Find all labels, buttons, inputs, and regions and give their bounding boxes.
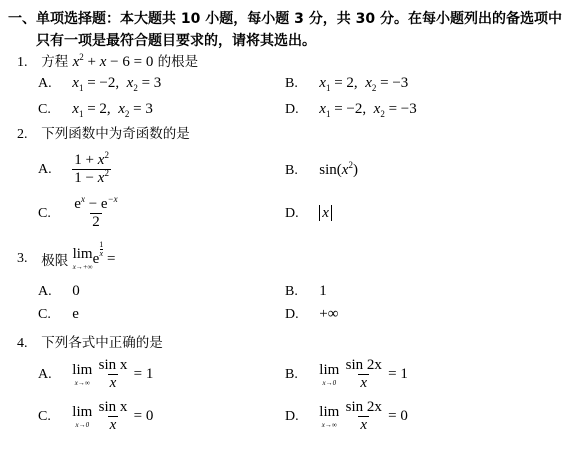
option-value: x1 = −2, x2 = 3 (72, 75, 161, 91)
option-value: x (319, 205, 332, 221)
option-value: x1 = −2, x2 = −3 (319, 101, 416, 117)
section-heading-line2: 只有一项是最符合题目要求的，请将其选出。 (36, 30, 316, 50)
fraction: 1 + x2 1 − x2 (72, 152, 111, 187)
question-number: 1. (17, 55, 37, 71)
option-label: B. (285, 284, 315, 300)
option-2c[interactable]: C. ex − e−x 2 (38, 196, 120, 231)
fraction: sin xx (97, 399, 130, 434)
question-number: 3. (17, 251, 37, 267)
option-label: C. (38, 307, 68, 323)
option-value: sin(x2) (319, 162, 358, 178)
limit-operator: limx→∞ (319, 405, 339, 429)
option-1c[interactable]: C. x1 = 2, x2 = 3 (38, 101, 153, 118)
limit-expression: e1x = (93, 251, 116, 267)
option-label: C. (38, 409, 68, 425)
option-1a[interactable]: A. x1 = −2, x2 = 3 (38, 75, 161, 92)
question-number: 2. (17, 127, 37, 143)
limit-operator: limx→∞ (72, 363, 92, 387)
option-2b[interactable]: B. sin(x2) (285, 162, 358, 179)
option-value: 0 (72, 283, 80, 299)
option-3b[interactable]: B. 1 (285, 283, 327, 300)
option-3a[interactable]: A. 0 (38, 283, 80, 300)
option-label: D. (285, 102, 315, 118)
question-stem: 下列函数中为奇函数的是 (41, 126, 190, 142)
rhs: = 0 (134, 408, 154, 424)
question-number: 4. (17, 336, 37, 352)
question-stem-prefix: 方程 (41, 54, 68, 70)
option-label: B. (285, 76, 315, 92)
option-4c[interactable]: C. limx→0 sin xx = 0 (38, 399, 153, 434)
rhs: = 1 (134, 366, 154, 382)
option-value: 1 (319, 283, 327, 299)
option-label: C. (38, 102, 68, 118)
option-label: A. (38, 162, 68, 178)
section-heading-line1: 一、单项选择题：本大题共 10 小题，每小题 3 分，共 30 分。在每小题列出… (8, 8, 562, 28)
option-label: C. (38, 206, 68, 222)
limit-operator: limx→0 (72, 405, 92, 429)
limit-operator: limx→+∞ (73, 247, 93, 271)
fraction: sin 2xx (344, 399, 384, 434)
question-stem-prefix: 极限 (41, 253, 68, 269)
option-label: A. (38, 76, 68, 92)
limit-operator: limx→0 (319, 363, 339, 387)
option-4d[interactable]: D. limx→∞ sin 2xx = 0 (285, 399, 408, 434)
option-label: B. (285, 367, 315, 383)
rhs: = 0 (388, 408, 408, 424)
fraction: sin 2xx (344, 357, 384, 392)
option-label: B. (285, 163, 315, 179)
option-label: D. (285, 307, 315, 323)
question-1: 1. 方程 x2 + x − 6 = 0 的根是 (17, 50, 198, 71)
option-4b[interactable]: B. limx→0 sin 2xx = 1 (285, 357, 408, 392)
equation: x2 + x − 6 = 0 (73, 54, 154, 70)
option-value: x1 = 2, x2 = −3 (319, 75, 408, 91)
option-1b[interactable]: B. x1 = 2, x2 = −3 (285, 75, 408, 92)
question-3: 3. 极限 limx→+∞ e1x = (17, 247, 116, 271)
option-2a[interactable]: A. 1 + x2 1 − x2 (38, 152, 111, 187)
option-value: +∞ (319, 306, 338, 322)
option-1d[interactable]: D. x1 = −2, x2 = −3 (285, 101, 417, 118)
question-stem-suffix: 的根是 (158, 54, 199, 70)
option-label: A. (38, 284, 68, 300)
rhs: = 1 (388, 366, 408, 382)
question-2: 2. 下列函数中为奇函数的是 (17, 122, 190, 143)
option-label: D. (285, 409, 315, 425)
option-2d[interactable]: D. x (285, 205, 332, 222)
option-3d[interactable]: D. +∞ (285, 306, 338, 323)
fraction: ex − e−x 2 (72, 196, 119, 231)
option-3c[interactable]: C. e (38, 306, 79, 323)
option-value: x1 = 2, x2 = 3 (72, 101, 153, 117)
question-stem: 下列各式中正确的是 (41, 335, 163, 351)
option-4a[interactable]: A. limx→∞ sin xx = 1 (38, 357, 153, 392)
option-label: D. (285, 206, 315, 222)
option-value: e (72, 306, 79, 322)
option-label: A. (38, 367, 68, 383)
question-4: 4. 下列各式中正确的是 (17, 331, 163, 352)
fraction: sin xx (97, 357, 130, 392)
